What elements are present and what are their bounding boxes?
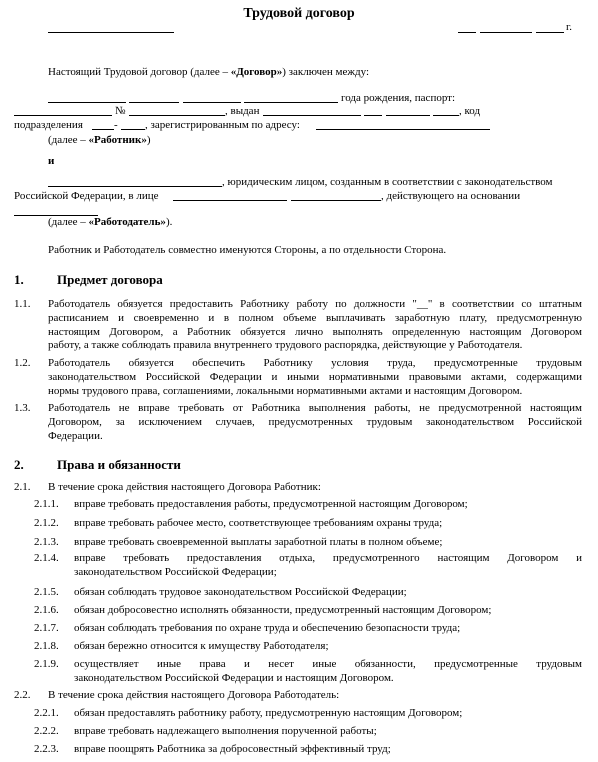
employee-alias: (далее – «Работник»): [48, 134, 151, 147]
issue-year-field[interactable]: [433, 105, 459, 116]
number-sign: №: [115, 105, 126, 118]
subclause-text-line: законодательством Российской Федерации и…: [74, 672, 394, 685]
clause-text-line: Работодатель обязуется обеспечить Работн…: [48, 357, 582, 370]
date-month-field[interactable]: [480, 22, 532, 33]
clause-text-line: Договором, за исключением случаев, преду…: [48, 416, 582, 429]
section-1-title: Предмет договора: [57, 272, 163, 288]
subclause-text-line: вправе требовать предоставления отдыха, …: [74, 552, 582, 565]
clause-2-2-number: 2.2.: [14, 689, 31, 702]
employer-name-field[interactable]: [48, 176, 222, 187]
employer-entity-text: , юридическим лицом, созданным в соответ…: [222, 176, 553, 189]
clause-text-line: Работодатель не вправе требовать от Рабо…: [48, 402, 582, 415]
subclause-text-line: вправе требовать надлежащего выполнения …: [74, 725, 377, 738]
subclause-text-line: вправе требовать своевременной выплаты з…: [74, 536, 442, 549]
subclause-number: 2.1.6.: [34, 604, 59, 617]
acting-basis-label: , действующего на основании: [381, 190, 520, 203]
address-label: , зарегистрированным по адресу:: [145, 119, 300, 132]
clause-text-line: Работодатель обязуется предоставить Рабо…: [48, 298, 582, 311]
employee-birth-date-field[interactable]: [244, 92, 338, 103]
subclause-text-line: обязан соблюдать требования по охране тр…: [74, 622, 460, 635]
subclause-text-line: обязан соблюдать трудовое законодательст…: [74, 586, 407, 599]
date-day-field[interactable]: [458, 22, 476, 33]
clause-text-line: Федерации.: [48, 430, 103, 443]
employer-alias: (далее – «Работодатель»).: [48, 216, 172, 229]
clause-text-line: нормы трудового права, соглашениями, лок…: [48, 385, 522, 398]
subclause-text-line: вправе поощрять Работника за добросовест…: [74, 743, 391, 756]
passport-series-field[interactable]: [14, 105, 112, 116]
document-title: Трудовой договор: [0, 6, 598, 22]
section-2-number: 2.: [14, 457, 24, 473]
subclause-number: 2.1.7.: [34, 622, 59, 635]
subclause-text-line: обязан предоставлять работнику работу, п…: [74, 707, 462, 720]
clause-2-2-text: В течение срока действия настоящего Дого…: [48, 689, 339, 702]
code-dash: -: [114, 119, 118, 132]
clause-2-1-number: 2.1.: [14, 481, 31, 494]
subclause-text-line: осуществляет иные права и несет иные обя…: [74, 658, 582, 671]
issued-label: , выдан: [225, 105, 259, 118]
clause-text-line: расписанием и своевременно и в полном об…: [48, 312, 582, 325]
subclause-text-line: вправе требовать рабочее место, соответс…: [74, 517, 442, 530]
basis-document-field[interactable]: [14, 205, 98, 216]
issued-by-field[interactable]: [263, 105, 361, 116]
section-1-number: 1.: [14, 272, 24, 288]
passport-number-field[interactable]: [129, 105, 225, 116]
subclause-number: 2.1.8.: [34, 640, 59, 653]
employer-in-person-label: Российской Федерации, в лице: [14, 190, 159, 203]
subclause-number: 2.1.4.: [34, 552, 59, 565]
subclause-number: 2.2.3.: [34, 743, 59, 756]
subclause-number: 2.2.1.: [34, 707, 59, 720]
subclause-number: 2.1.3.: [34, 536, 59, 549]
issue-day-field[interactable]: [364, 105, 382, 116]
subclause-text-line: обязан бережно относится к имуществу Раб…: [74, 640, 329, 653]
subclause-number: 2.2.2.: [34, 725, 59, 738]
address-field[interactable]: [316, 119, 490, 130]
employee-patronymic-field[interactable]: [183, 92, 241, 103]
subclause-text-line: обязан добросовестно исполнять обязаннос…: [74, 604, 491, 617]
subclause-number: 2.1.2.: [34, 517, 59, 530]
clause-2-1-text: В течение срока действия настоящего Дого…: [48, 481, 321, 494]
clause-number: 1.3.: [14, 402, 31, 415]
intro-text: Настоящий Трудовой договор (далее – «Дог…: [48, 66, 369, 79]
subclause-number: 2.1.1.: [34, 498, 59, 511]
representative-name-field[interactable]: [291, 190, 381, 201]
representative-position-field[interactable]: [173, 190, 287, 201]
subclause-number: 2.1.5.: [34, 586, 59, 599]
and-word: и: [48, 155, 54, 168]
clause-text-line: работу, а также соблюдать правила внутре…: [48, 339, 522, 352]
clause-number: 1.2.: [14, 357, 31, 370]
employee-lastname-field[interactable]: [48, 92, 126, 103]
subclause-text-line: вправе требовать предоставления работы, …: [74, 498, 468, 511]
code-label: , код: [459, 105, 480, 118]
clause-text-line: законодательством Российской Федерации и…: [48, 371, 582, 384]
subdivision-code-part2-field[interactable]: [121, 119, 145, 130]
section-2-title: Права и обязанности: [57, 457, 181, 473]
subdivision-label: подразделения: [14, 119, 83, 132]
clause-text-line: настоящим Договором, а Работник обязуетс…: [48, 326, 582, 339]
birth-label: года рождения, паспорт:: [341, 92, 455, 105]
parties-text: Работник и Работодатель совместно именую…: [48, 244, 446, 257]
clause-number: 1.1.: [14, 298, 31, 311]
subclause-text-line: законодательством Российской Федерации;: [74, 566, 277, 579]
subclause-number: 2.1.9.: [34, 658, 59, 671]
issue-month-field[interactable]: [386, 105, 430, 116]
employee-firstname-field[interactable]: [129, 92, 179, 103]
subdivision-code-part1-field[interactable]: [92, 119, 114, 130]
date-year-field[interactable]: [536, 22, 564, 33]
place-field[interactable]: [48, 22, 174, 33]
year-suffix: г.: [566, 21, 572, 34]
